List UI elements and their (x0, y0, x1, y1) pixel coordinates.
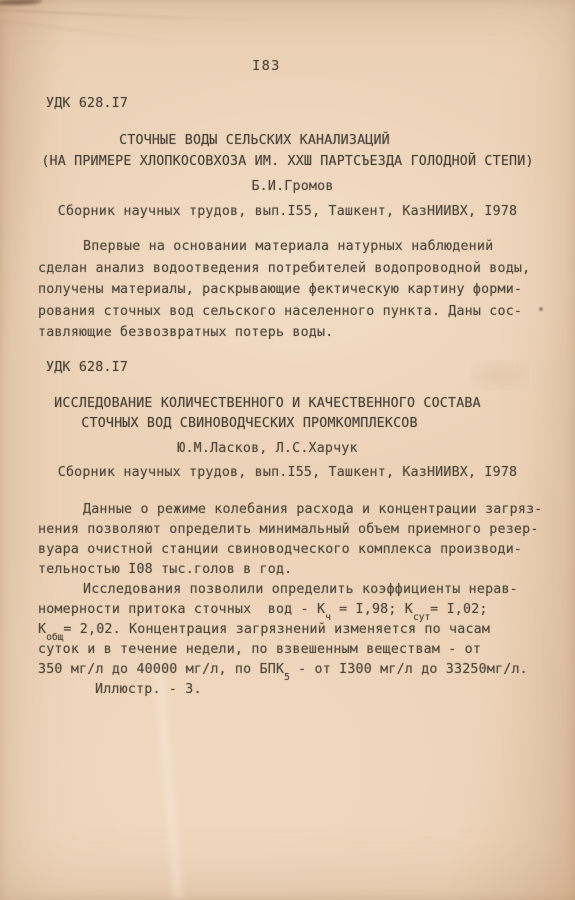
entry-2-abstract: Данные о режиме колебания расхода и конц… (38, 500, 553, 700)
abstract-line: нения позволяют определить минимальный о… (38, 520, 553, 540)
scanned-document-page: I83 УДК 628.I7 СТОЧНЫЕ ВОДЫ СЕЛЬСКИХ КАН… (0, 0, 575, 900)
entry-2-udc-code: УДК 628.I7 (46, 360, 128, 375)
subscript-sut: сут (413, 612, 430, 623)
entry-1-source: Сборник научных трудов, вып.I55, Ташкент… (0, 204, 575, 219)
entry-2-authors: Ю.М.Ласков, Л.С.Харчук (0, 441, 555, 456)
abstract-line: тельностью I08 тыс.голов в год. (38, 560, 553, 580)
abstract-line: Данные о режиме колебания расхода и конц… (38, 500, 553, 520)
abstract-line-with-subscripts: номерности притока сточных вод - Кч = I,… (38, 600, 553, 620)
entry-1-authors: Б.И.Громов (5, 179, 575, 194)
text-segment: = I,98; К (331, 602, 413, 617)
abstract-line: вуара очистной станции свиноводческого к… (38, 540, 553, 560)
page-number: I83 (0, 59, 554, 74)
text-segment: номерности притока сточных вод - К (38, 602, 325, 617)
text-segment: = I,02; (430, 602, 487, 617)
entry-2-title-line-2: СТОЧНЫХ ВОД СВИНОВОДЧЕСКИХ ПРОМКОМПЛЕКСО… (0, 416, 537, 431)
entry-1-title-line-1: СТОЧНЫЕ ВОДЫ СЕЛЬСКИХ КАНАЛИЗАЦИЙ (0, 133, 542, 148)
paper-crease (0, 7, 280, 24)
abstract-line: суток и в течение недели, по взвешенным … (38, 640, 553, 660)
paper-corner-smudge (0, 0, 42, 6)
abstract-line-with-subscripts: Кобщ= 2,02. Концентрация загрязнений изм… (38, 620, 553, 640)
entry-1-udc-code: УДК 628.I7 (46, 96, 128, 111)
text-segment: - от I300 мг/л до 33250мг/л. (290, 662, 528, 677)
abstract-line: Исследования позволили определить коэффи… (38, 580, 553, 600)
subscript-obshch: общ (46, 632, 63, 643)
text-segment: = 2,02. Концентрация загрязнений изменяе… (63, 622, 490, 637)
subscript-5: 5 (284, 672, 290, 683)
entry-1-title-line-2: (НА ПРИМЕРЕ ХЛОПКОСОВХОЗА ИМ. ХХШ ПАРТСЪ… (0, 154, 575, 169)
text-segment: 350 мг/л до 40000 мг/л, по БПК (38, 662, 284, 677)
entry-2-source: Сборник научных трудов, вып.I55, Ташкент… (0, 465, 575, 480)
entry-1-abstract: Впервые на основании материала натурных … (38, 236, 553, 344)
paper-crease (0, 18, 185, 44)
abstract-line: сделан анализ водоотведения потребителей… (38, 258, 553, 280)
abstract-line: Иллюстр. - 3. (38, 680, 553, 700)
paper-stain (470, 360, 530, 390)
entry-2-title-line-1: ИССЛЕДОВАНИЕ КОЛИЧЕСТВЕННОГО И КАЧЕСТВЕН… (0, 396, 555, 411)
abstract-line: тавляющие безвозвратных потерь воды. (38, 322, 553, 344)
abstract-line-with-subscripts: 350 мг/л до 40000 мг/л, по БПК5 - от I30… (38, 660, 553, 680)
abstract-line: рования сточных вод сельского населенног… (38, 301, 553, 323)
text-segment: К (38, 622, 46, 637)
subscript-ch: ч (325, 612, 331, 623)
abstract-line: получены материалы, раскрывающие фектиче… (38, 279, 553, 301)
abstract-line: Впервые на основании материала натурных … (38, 236, 553, 258)
